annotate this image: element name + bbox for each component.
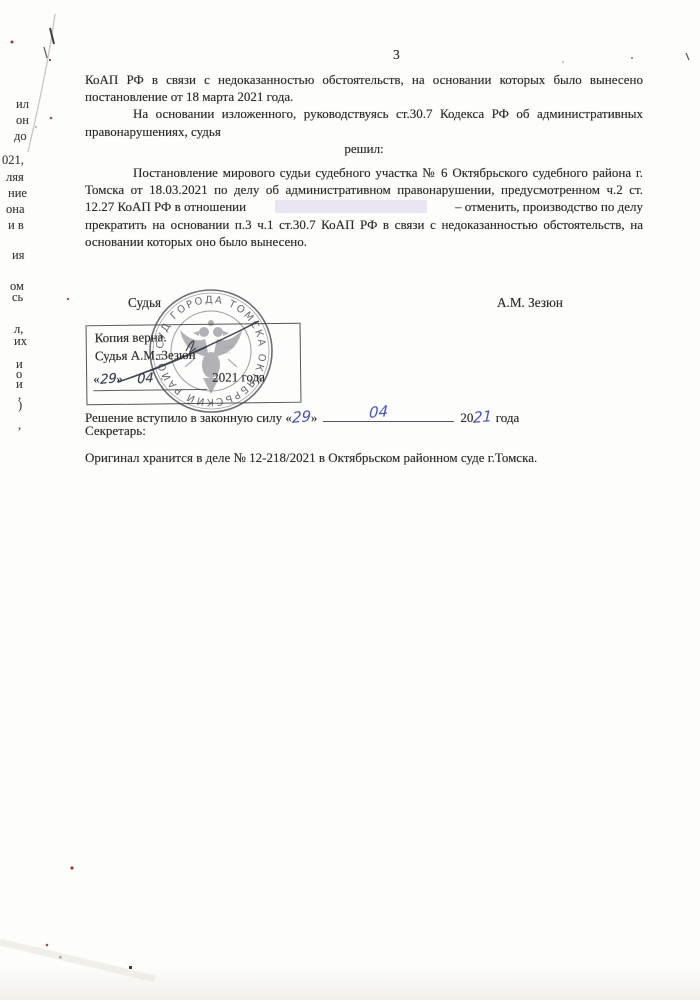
page-number: 3 [393, 47, 400, 63]
staple-mark-2 [44, 47, 47, 58]
paper-crease-line [28, 14, 55, 152]
handwritten-month: 04 [137, 371, 154, 388]
edge-text-fragment: 021, [2, 153, 24, 168]
edge-text-fragment: их [14, 334, 27, 349]
edge-text-fragment: ил [16, 97, 29, 112]
edge-text-fragment: он [16, 113, 29, 128]
body-text: КоАП РФ в связи с недоказанностью обстоя… [85, 71, 643, 250]
effective-year-prefix: 20 [460, 410, 473, 425]
staple-mark [50, 28, 54, 44]
body-line: 12.27 КоАП РФ в отношении– отменить, про… [85, 198, 643, 215]
redaction-box [275, 200, 427, 213]
body-line: На основании изложенного, руководствуясь… [85, 105, 643, 122]
redaction-post-text: – отменить, производство по делу [455, 198, 643, 215]
secretary-label: Секретарь: [85, 423, 146, 439]
original-storage-note: Оригинал хранится в деле № 12-218/2021 в… [85, 450, 537, 466]
body-line: Томска от 18.03.2021 по делу об админист… [85, 181, 643, 198]
scanned-court-document-page: 3 КоАП РФ в связи с недоказанностью обст… [0, 0, 700, 1000]
body-line: правонарушениях, судья [85, 123, 643, 140]
handwritten-year-blue: 21 [473, 407, 493, 427]
edge-text-fragment: ) [18, 398, 22, 413]
edge-text-fragment: она [6, 202, 25, 217]
redaction-pre-text: 12.27 КоАП РФ в отношении [85, 198, 246, 215]
edge-text-fragment: ляя [6, 170, 24, 185]
edge-text-fragment: , [18, 418, 21, 433]
copy-box-line1: Копия верна. [95, 329, 167, 346]
quote-close: » [311, 410, 318, 425]
body-line: прекратить на основании п.3 ч.1 ст.30.7 … [85, 216, 643, 233]
effective-month-underline: 04 [323, 406, 454, 422]
edge-text-fragment: и в [8, 218, 24, 233]
handwritten-day: 29 [100, 371, 117, 388]
edge-text-fragment: ия [12, 248, 24, 263]
effective-date-row: Решение вступило в законную силу «29»042… [85, 406, 519, 426]
copy-box-year: 2021 года [212, 369, 265, 385]
copy-box-date-row: «29»042021 года [93, 369, 265, 391]
body-line: КоАП РФ в связи с недоказанностью обстоя… [85, 71, 643, 88]
copy-box-line2: Судья А.М. Зезюн [95, 347, 196, 364]
handwritten-day-blue: 29 [292, 407, 312, 427]
copy-box-date-underline: «29»04 [93, 370, 207, 391]
effective-suffix: года [493, 410, 520, 425]
judge-name: А.М. Зезюн [497, 295, 563, 311]
copy-certification-box: Копия верна. Судья А.М. Зезюн «29»042021… [86, 323, 302, 406]
edge-text-fragment: сь [12, 290, 23, 305]
edge-text-fragment: до [14, 129, 27, 144]
body-line: постановление от 18 марта 2021 года. [85, 88, 643, 105]
edge-text-fragment: ние [8, 186, 27, 201]
body-line: Постановление мирового судьи судебного у… [85, 164, 643, 181]
body-line: решил: [85, 140, 643, 157]
handwritten-month-blue: 04 [369, 402, 389, 422]
body-line: основании которых оно было вынесено. [85, 233, 643, 250]
quote-open: « [93, 371, 100, 386]
scanner-shadow [0, 966, 700, 1000]
